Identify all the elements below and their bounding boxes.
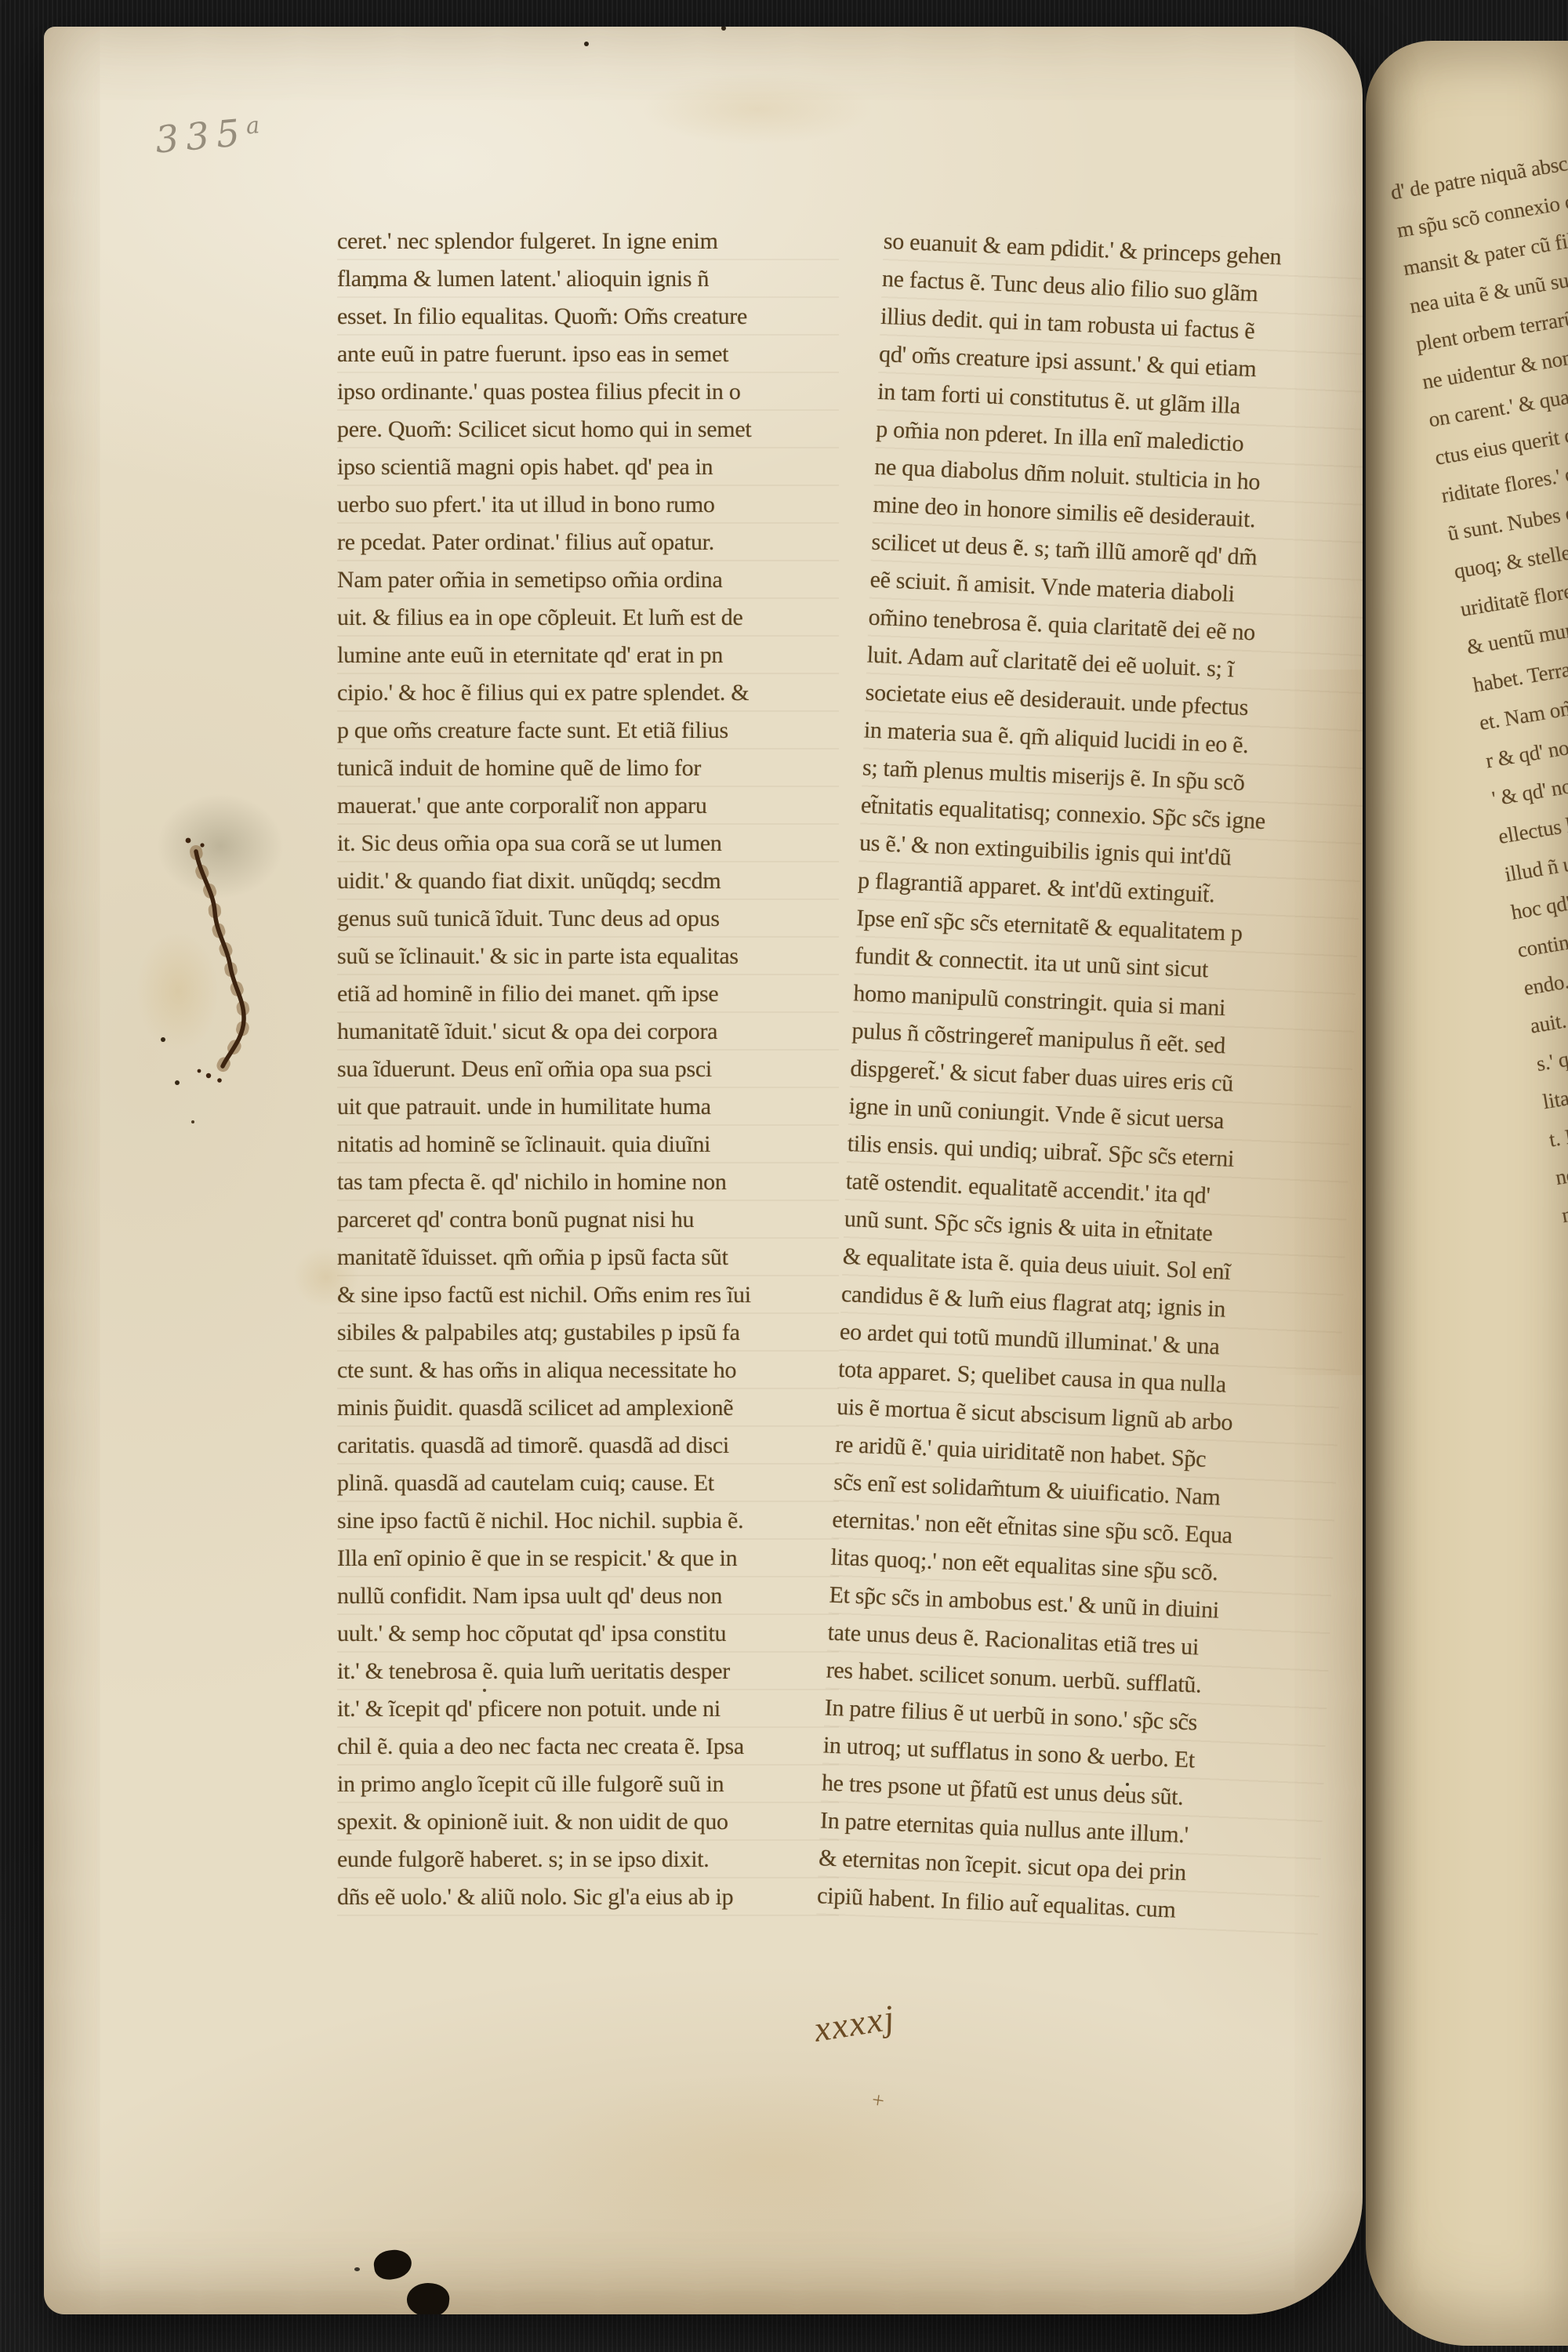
text-line: flamma & lumen latent.' alioquin ignis ñ (337, 260, 839, 298)
text-line: & sine ipso factũ est nichil. Om̃s enim … (337, 1276, 839, 1314)
text-line: lumine ante euũ in eternitate qd' erat i… (337, 637, 839, 674)
stain (593, 58, 922, 160)
text-line: ipso scientiã magni opis habet. qd' pea … (337, 448, 839, 486)
text-line: uerbo suo pfert.' ita ut illud in bono r… (337, 486, 839, 524)
text-line: in primo anglo ĩcepit cũ ille fulgorẽ su… (337, 1766, 839, 1803)
text-line: cte sunt. & has om̃s in aliqua necessita… (337, 1352, 839, 1389)
text-line: Nam pater om̃ia in semetipso om̃ia ordin… (337, 561, 839, 599)
next-page-edge: d' de patre niquã abscessit.' nec paterm… (1366, 41, 1568, 2346)
text-line: mauerat.' que ante corporalit̃ non appar… (337, 787, 839, 825)
quire-signature: xxxxj (811, 1996, 898, 2050)
text-line: sibiles & palpabiles atq; gustabiles p i… (337, 1314, 839, 1352)
text-line: cipio.' & hoc ẽ filius qui ex patre sple… (337, 674, 839, 712)
text-line: eunde fulgorẽ haberet. s; in se ipso dix… (337, 1841, 839, 1878)
text-line: it.' & tenebrosa ẽ. quia lum̃ ueritatis … (337, 1653, 839, 1690)
text-line: minis p̃uidit. quasdã scilicet ad amplex… (337, 1389, 839, 1427)
text-line: ante euũ in patre fuerunt. ipso eas in s… (337, 336, 839, 373)
text-line: esset. In filio equalitas. Quom̃: Om̃s c… (337, 298, 839, 336)
text-line: p que om̃s creature facte sunt. Et etiã … (337, 712, 839, 750)
text-line: ceret.' nec splendor fulgeret. In igne e… (337, 223, 839, 260)
folio-number-suffix: a (245, 111, 260, 139)
text-line: sine ipso factũ ẽ nichil. Hoc nichil. su… (337, 1502, 839, 1540)
text-line: nullũ confidit. Nam ipsa uult qd' deus n… (337, 1577, 839, 1615)
text-line: tunicã induit de homine quẽ de limo for (337, 750, 839, 787)
text-line: etiã ad hominẽ in filio dei manet. qm̃ i… (337, 975, 839, 1013)
stain (420, 2034, 1126, 2292)
text-line: chil ẽ. quia a deo nec facta nec creata … (337, 1728, 839, 1766)
text-line: it.' & ĩcepit qd' pficere non potuit. un… (337, 1690, 839, 1728)
text-line: spexit. & opinionẽ iuit. & non uidit de … (337, 1803, 839, 1841)
text-line: Illa enĩ opinio ẽ que in se respicit.' &… (337, 1540, 839, 1577)
text-line: dñs eẽ uolo.' & aliũ nolo. Sic gl'a eius… (337, 1878, 839, 1916)
text-line: suũ se ĩclinauit.' & sic in parte ista e… (337, 938, 839, 975)
dirt-specks (44, 27, 47, 30)
text-column-right: so euanuit & eam pdidit.' & princeps geh… (816, 223, 1363, 1935)
text-line: humanitatẽ ĩduit.' sicut & opa dei corpo… (337, 1013, 839, 1051)
text-line: uit. & filius ea in ope cõpleuit. Et lum… (337, 599, 839, 637)
next-page-text-fragments: d' de patre niquã abscessit.' nec paterm… (1388, 120, 1568, 1879)
text-line: it. Sic deus om̃ia opa sua corã se ut lu… (337, 825, 839, 862)
text-line: uit que patrauit. unde in humilitate hum… (337, 1088, 839, 1126)
text-line: uidit.' & quando fiat dixit. unũqdq; sec… (337, 862, 839, 900)
ink-blot (372, 2248, 414, 2281)
text-column-left: ceret.' nec splendor fulgeret. In igne e… (337, 223, 839, 1916)
manuscript-page: 335a ceret.' nec splendor fulgeret. In i… (44, 27, 1363, 2314)
manuscript-photo: d' de patre niquã abscessit.' nec paterm… (0, 0, 1568, 2352)
text-line: parceret qd' contra bonũ pugnat nisi hu (337, 1201, 839, 1239)
text-line: ipso ordinante.' quas postea filius pfec… (337, 373, 839, 411)
text-line: caritatis. quasdã ad timorẽ. quasdã ad d… (337, 1427, 839, 1465)
text-line: pere. Quom̃: Scilicet sicut homo qui in … (337, 411, 839, 448)
repair-scar (168, 828, 270, 1094)
ink-blot (354, 2267, 360, 2271)
cross-mark: + (870, 2088, 886, 2114)
ink-blot (405, 2281, 451, 2314)
folio-number: 335a (154, 110, 262, 162)
text-line: uult.' & semp hoc cõputat qd' ipsa const… (337, 1615, 839, 1653)
text-line: sua ĩduerunt. Deus enĩ om̃ia opa sua psc… (337, 1051, 839, 1088)
text-line: tas tam pfecta ẽ. qd' nichilo in homine … (337, 1163, 839, 1201)
text-line: genus suũ tunicã ĩduit. Tunc deus ad opu… (337, 900, 839, 938)
text-line: re pcedat. Pater ordinat.' filius aut̃ o… (337, 524, 839, 561)
text-line: manitatẽ ĩduisset. qm̃ om̃ia p ipsũ fact… (337, 1239, 839, 1276)
folio-number-digits: 335 (154, 111, 249, 162)
text-line: plinã. quasdã ad cautelam cuiq; cause. E… (337, 1465, 839, 1502)
text-line: nitatis ad hominẽ se ĩclinauit. quia diu… (337, 1126, 839, 1163)
